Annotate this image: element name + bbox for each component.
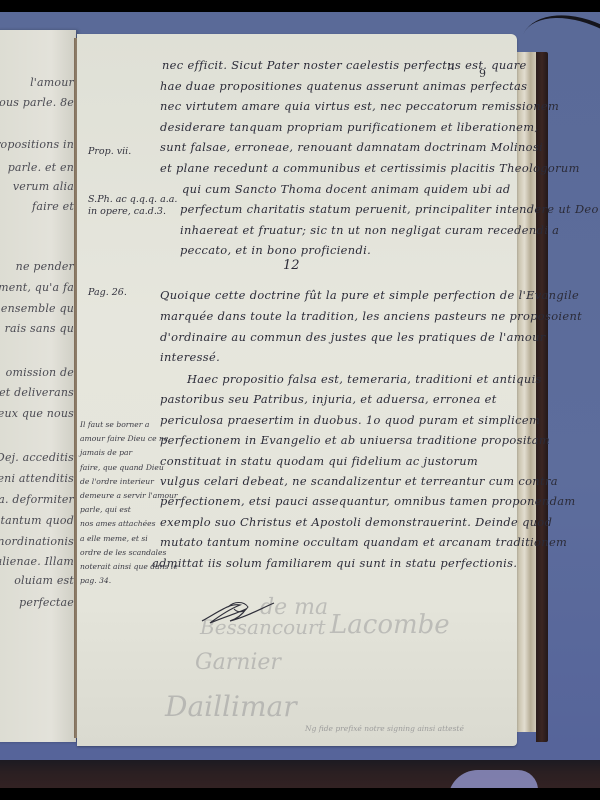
left-page-line: ne pender [16, 260, 74, 273]
manuscript-line: hae duae propositiones quatenus asserunt… [160, 79, 527, 93]
manuscript-line: qui cum Sancto Thoma docent animam quide… [182, 182, 511, 196]
left-page-line: rna. deformiter [0, 493, 74, 506]
annotation-line: a elle meme, et si [80, 534, 148, 543]
photo-background: l'amournous parle. 8epropositions inparl… [0, 12, 600, 788]
pencil-mark: Garnier [195, 650, 281, 675]
left-page-line: perfectae [19, 596, 74, 609]
manuscript-line: perfectum charitatis statum peruenit, pr… [180, 202, 599, 216]
left-page-line: omission de [6, 366, 74, 379]
manuscript-line: exemplo suo Christus et Apostoli demonst… [160, 515, 552, 529]
left-page-line: ion eni attenditis [0, 472, 74, 485]
annotation-line: parle, qui est [80, 505, 131, 514]
margin-note: Prop. vii. [88, 146, 131, 157]
left-page-line: oluiam est [14, 574, 74, 587]
left-page: l'amournous parle. 8epropositions inparl… [0, 30, 76, 742]
manuscript-line: marquée dans toute la tradition, les anc… [160, 309, 582, 323]
left-page-line: on et deliverans [0, 386, 74, 399]
manuscript-line: perfectionem, etsi pauci assequantur, om… [160, 494, 576, 508]
manuscript-line: vulgus celari debeat, ne scandalizentur … [160, 474, 558, 488]
annotation-line: noterait ainsi que dans le [80, 562, 178, 571]
left-page-line: propositions in [0, 138, 74, 151]
margin-note: Pag. 26. [88, 287, 127, 298]
left-page-line: ceux que nous [0, 407, 74, 420]
left-page-line: l'amour [30, 76, 74, 89]
manuscript-line: perfectionem in Evangelio et ab uniuersa… [160, 433, 550, 447]
margin-note: in opere, ca.d.3. [88, 206, 166, 217]
manuscript-line: nec efficit. Sicut Pater noster caelesti… [162, 58, 527, 72]
annotation-line: jamais de par [80, 448, 132, 457]
annotation-line: amour faire Dieu ce ne [80, 434, 168, 443]
margin-note: S.Ph. ac q.q.q. a.a. [88, 194, 177, 205]
pencil-mark: Lacombe [330, 610, 450, 640]
annotation-line: ordre de les scandales [80, 548, 166, 557]
manuscript-line: inhaereat et fruatur; sic tn ut non negl… [180, 223, 559, 237]
section-number: 12 [283, 258, 300, 273]
left-page-line: verum alia [13, 180, 74, 193]
manuscript-line: Quoique cette doctrine fût la pure et si… [160, 288, 579, 302]
annotation-line: de l'ordre interieur [80, 477, 154, 486]
left-page-line: nous parle. 8e [0, 96, 74, 109]
manuscript-line: peccato, et in bono proficiendi. [180, 243, 371, 257]
manuscript-line: constituat in statu quodam qui fidelium … [160, 454, 478, 468]
manuscript-line: d'ordinaire au commun des justes que les… [160, 330, 546, 344]
manuscript-line: Haec propositio falsa est, temeraria, tr… [187, 372, 542, 386]
left-page-line: faire et [32, 200, 74, 213]
annotation-line: demeure a servir l'amour [80, 491, 178, 500]
manuscript-line: nec virtutem amare quia virtus est, nec … [160, 99, 559, 113]
annotation-line: Il faut se borner a [80, 420, 149, 429]
manuscript-line: mutato tantum nomine occultam quandam et… [160, 535, 567, 549]
manuscript-line: interessé. [160, 350, 220, 364]
left-page-line: a. Dej. acceditis [0, 451, 74, 464]
pencil-mark: Daillimar [165, 690, 297, 723]
annotation-line: nos ames attachées [80, 519, 156, 528]
annotation-line: pag. 34. [80, 576, 111, 585]
left-page-line: inordinationis [0, 535, 74, 548]
manuscript-line: pastoribus seu Patribus, injuria, et adu… [160, 392, 497, 406]
manuscript-line: sunt falsae, erroneae, renouant damnatam… [160, 140, 543, 154]
manuscript-line: periculosa praesertim in duobus. 1o quod… [160, 413, 540, 427]
manuscript-line: admittat iis solum familiarem qui sunt i… [152, 556, 517, 570]
book-cover-edge [536, 52, 548, 742]
left-page-line: rais sans qu [5, 322, 74, 335]
left-page-line: tantum quod [1, 514, 75, 527]
left-page-line: parle. et en [8, 161, 74, 174]
left-page-line: ment, qu'a fa [0, 281, 74, 294]
left-page-line: alienae. Illam [0, 555, 74, 568]
manuscript-line: desiderare tanquam propriam purification… [160, 120, 538, 134]
signature-flourish-icon [200, 597, 290, 627]
left-page-line: et ensemble qu [0, 302, 74, 315]
manuscript-line: et plane recedunt a communibus et certis… [160, 161, 580, 175]
pencil-footer-note: Ng fide prefixé notre signing ainsi atte… [305, 724, 464, 733]
annotation-line: faire, que quand Dieu [80, 463, 164, 472]
